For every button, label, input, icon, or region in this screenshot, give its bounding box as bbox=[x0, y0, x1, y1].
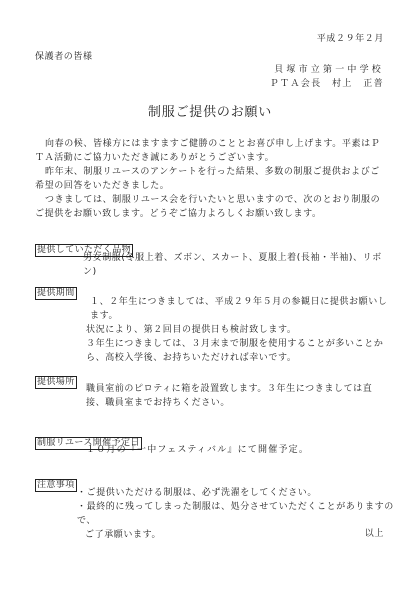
school-name: 貝塚市立第一中学校 bbox=[274, 63, 384, 77]
section-place-body: 職員室前のピロティに箱を設置致します。３年生につきましては直接、職員室までお持ち… bbox=[86, 382, 391, 410]
section-heading-notes: 注意事項 bbox=[35, 479, 77, 492]
period-line-2: 状況により、第２回目の提供日も検討致します。 bbox=[86, 323, 391, 337]
place-line: 職員室前のピロティに箱を設置致します。３年生につきましては直接、職員室までお持ち… bbox=[86, 382, 391, 410]
author: ＰＴＡ会長 村上 正普 bbox=[270, 77, 384, 91]
intro-paragraph-3: つきましては、制服リユース会を行いたいと思いますので、次のとおり制服のご提供をお… bbox=[35, 193, 387, 221]
section-place: 提供場所 bbox=[35, 369, 77, 389]
section-items-body: 男女制服(冬服上着、ズボン、スカート、夏服上着(長袖・半袖)、リボン) bbox=[83, 251, 388, 279]
intro-paragraph-1: 向春の候、皆様方にはますますご健勝のこととお喜び申し上げます。平素はＰＴＡ活動に… bbox=[35, 137, 387, 165]
note-item-2: ・最終的に残ってしまった制服は、処分させていただくことがありますので、 bbox=[77, 500, 397, 528]
intro-paragraph-2: 昨年末、制服リユースのアンケートを行った結果、多数の制服ご提供およびご希望の回答… bbox=[35, 165, 387, 193]
period-line-3: ３年生につきましては、３月末まで制服を使用することが多いことから、高校入学後、お… bbox=[86, 337, 391, 365]
reuse-date-line: １０月の『一中フェスティバル』にて開催予定。 bbox=[86, 443, 309, 457]
addressee: 保護者の皆様 bbox=[35, 50, 93, 64]
closing-ijo: 以上 bbox=[365, 527, 384, 541]
section-notes: 注意事項 bbox=[35, 472, 77, 492]
section-heading-period: 提供期間 bbox=[35, 287, 77, 300]
items-line: 男女制服(冬服上着、ズボン、スカート、夏服上着(長袖・半袖)、リボン) bbox=[83, 251, 388, 279]
note-item-1: ・ご提供いただける制服は、必ず洗濯をしてください。 bbox=[77, 486, 397, 500]
period-line-1: １、２年生につきましては、平成２９年５月の参観日に提供お願いします。 bbox=[86, 295, 391, 323]
document-title: 制服ご提供のお願い bbox=[0, 104, 420, 122]
section-period-body: １、２年生につきましては、平成２９年５月の参観日に提供お願いします。 状況により… bbox=[86, 295, 391, 365]
section-heading-place: 提供場所 bbox=[35, 376, 77, 389]
note-item-2-continued: ご了承願います。 bbox=[77, 528, 397, 542]
date: 平成２９年２月 bbox=[317, 32, 384, 46]
section-period: 提供期間 bbox=[35, 280, 77, 300]
intro-text: 向春の候、皆様方にはますますご健勝のこととお喜び申し上げます。平素はＰＴＡ活動に… bbox=[35, 137, 387, 221]
notes-list: ・ご提供いただける制服は、必ず洗濯をしてください。 ・最終的に残ってしまった制服… bbox=[77, 486, 397, 542]
